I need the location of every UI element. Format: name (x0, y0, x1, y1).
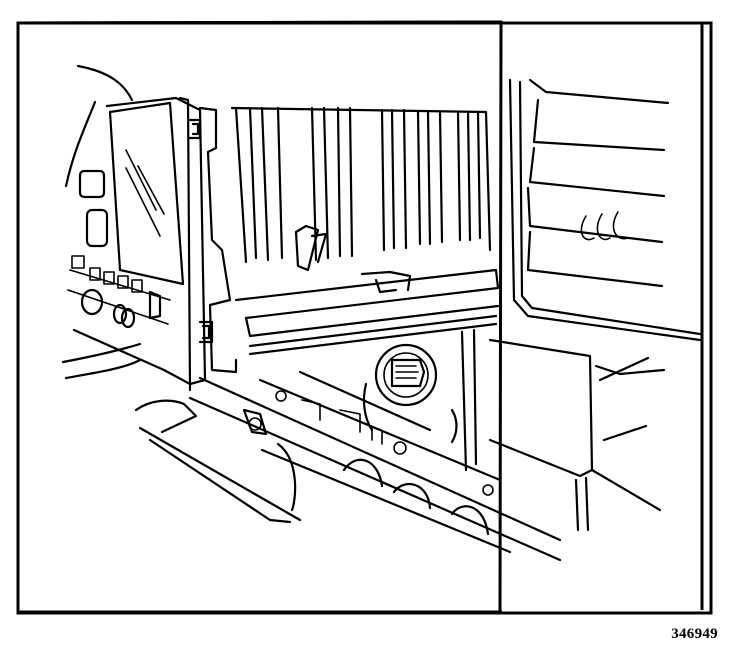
figure-number: 346949 (671, 626, 718, 643)
dash-vent-louvers (510, 80, 700, 340)
radio-side-bracket (180, 98, 236, 390)
instrument-panel-cavity (260, 330, 500, 495)
radio-removal-illustration (0, 0, 736, 666)
center-console (490, 340, 664, 530)
heat-sink-fins (232, 108, 490, 270)
radio-faceplate (68, 98, 205, 384)
radio-tray (236, 270, 498, 354)
lower-dash-trim (136, 378, 560, 560)
